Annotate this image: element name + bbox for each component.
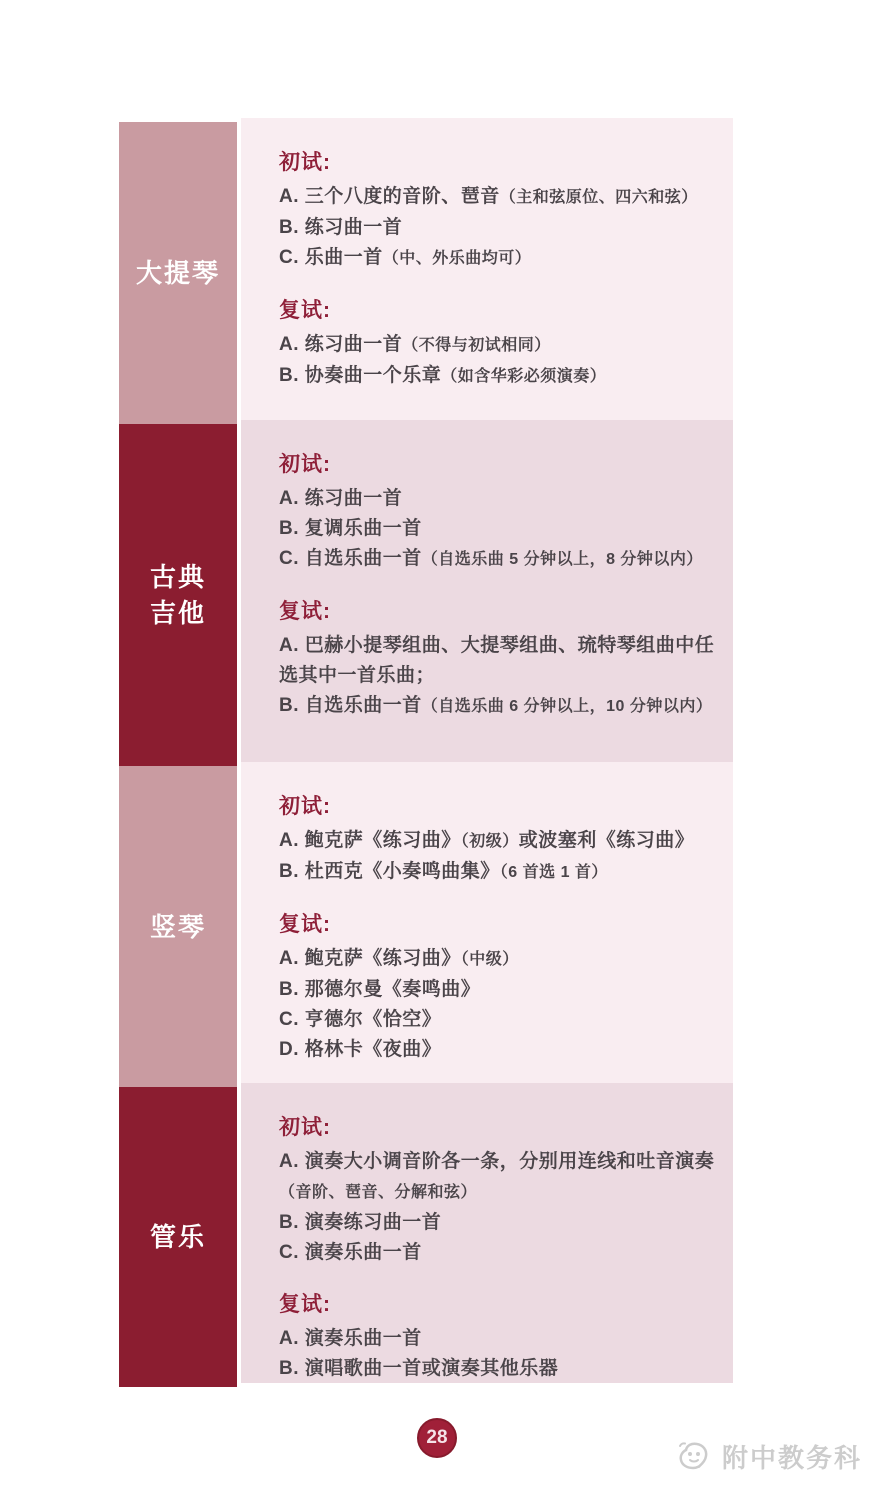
instrument-label-cello: 大提琴 <box>119 122 237 424</box>
page-number-badge: 28 <box>417 1418 457 1458</box>
exam-item: A. 练习曲一首（不得与初试相同） <box>279 330 717 361</box>
round-heading: 复试: <box>279 599 717 625</box>
second-round-block: 复试: A. 鲍克萨《练习曲》（中级） B. 那德尔曼《奏鸣曲》 C. 亨德尔《… <box>279 912 717 1065</box>
exam-item: B. 练习曲一首 <box>279 213 717 243</box>
first-round-block: 初试: A. 练习曲一首 B. 复调乐曲一首 C. 自选乐曲一首（自选乐曲 5 … <box>279 452 717 575</box>
round-heading: 复试: <box>279 912 717 938</box>
round-heading: 初试: <box>279 452 717 478</box>
exam-item: B. 协奏曲一个乐章（如含华彩必须演奏） <box>279 361 717 392</box>
audition-table: 大提琴 初试: A. 三个八度的音阶、琶音（主和弦原位、四六和弦） B. 练习曲… <box>119 118 733 1383</box>
second-round-block: 复试: A. 演奏乐曲一首 B. 演唱歌曲一首或演奏其他乐器 <box>279 1292 717 1384</box>
exam-item: A. 练习曲一首 <box>279 484 717 514</box>
exam-item: B. 复调乐曲一首 <box>279 514 717 544</box>
watermark: 附中教务科 <box>678 1438 862 1475</box>
round-heading: 初试: <box>279 1115 717 1141</box>
section-cello: 大提琴 初试: A. 三个八度的音阶、琶音（主和弦原位、四六和弦） B. 练习曲… <box>119 118 733 420</box>
section-classical-guitar-content: 初试: A. 练习曲一首 B. 复调乐曲一首 C. 自选乐曲一首（自选乐曲 5 … <box>241 420 733 762</box>
exam-item: B. 演唱歌曲一首或演奏其他乐器 <box>279 1354 717 1384</box>
exam-item: B. 自选乐曲一首（自选乐曲 6 分钟以上，10 分钟以内） <box>279 691 717 722</box>
round-heading: 初试: <box>279 794 717 820</box>
round-heading: 复试: <box>279 1292 717 1318</box>
exam-item: A. 演奏乐曲一首 <box>279 1324 717 1354</box>
exam-item: C. 乐曲一首（中、外乐曲均可） <box>279 243 717 274</box>
first-round-block: 初试: A. 演奏大小调音阶各一条，分别用连线和吐音演奏（音阶、琶音、分解和弦）… <box>279 1115 717 1268</box>
instrument-label-classical-guitar: 古典 吉他 <box>119 424 237 766</box>
section-winds: 管乐 初试: A. 演奏大小调音阶各一条，分别用连线和吐音演奏（音阶、琶音、分解… <box>119 1083 733 1383</box>
first-round-block: 初试: A. 鲍克萨《练习曲》（初级）或波塞利《练习曲》 B. 杜西克《小奏鸣曲… <box>279 794 717 888</box>
round-heading: 初试: <box>279 150 717 176</box>
second-round-block: 复试: A. 练习曲一首（不得与初试相同） B. 协奏曲一个乐章（如含华彩必须演… <box>279 298 717 392</box>
exam-item: A. 鲍克萨《练习曲》（中级） <box>279 944 717 975</box>
exam-item: A. 巴赫小提琴组曲、大提琴组曲、琉特琴组曲中任选其中一首乐曲； <box>279 631 717 691</box>
page-number: 28 <box>426 1427 447 1449</box>
exam-item: D. 格林卡《夜曲》 <box>279 1035 717 1065</box>
section-harp: 竖琴 初试: A. 鲍克萨《练习曲》（初级）或波塞利《练习曲》 B. 杜西克《小… <box>119 762 733 1083</box>
first-round-block: 初试: A. 三个八度的音阶、琶音（主和弦原位、四六和弦） B. 练习曲一首 C… <box>279 150 717 274</box>
exam-item: A. 鲍克萨《练习曲》（初级）或波塞利《练习曲》 <box>279 826 717 857</box>
instrument-label-harp: 竖琴 <box>119 766 237 1087</box>
exam-item: B. 那德尔曼《奏鸣曲》 <box>279 975 717 1005</box>
exam-item: B. 杜西克《小奏鸣曲集》（6 首选 1 首） <box>279 857 717 888</box>
instrument-label-winds: 管乐 <box>119 1087 237 1387</box>
page: 大提琴 初试: A. 三个八度的音阶、琶音（主和弦原位、四六和弦） B. 练习曲… <box>0 0 876 1500</box>
exam-item: C. 演奏乐曲一首 <box>279 1238 717 1268</box>
section-harp-content: 初试: A. 鲍克萨《练习曲》（初级）或波塞利《练习曲》 B. 杜西克《小奏鸣曲… <box>241 762 733 1083</box>
section-winds-content: 初试: A. 演奏大小调音阶各一条，分别用连线和吐音演奏（音阶、琶音、分解和弦）… <box>241 1083 733 1383</box>
exam-item: A. 演奏大小调音阶各一条，分别用连线和吐音演奏（音阶、琶音、分解和弦） <box>279 1147 717 1208</box>
exam-item: B. 演奏练习曲一首 <box>279 1208 717 1238</box>
exam-item: A. 三个八度的音阶、琶音（主和弦原位、四六和弦） <box>279 182 717 213</box>
watermark-text: 附中教务科 <box>722 1438 862 1475</box>
section-cello-content: 初试: A. 三个八度的音阶、琶音（主和弦原位、四六和弦） B. 练习曲一首 C… <box>241 118 733 420</box>
round-heading: 复试: <box>279 298 717 324</box>
section-classical-guitar: 古典 吉他 初试: A. 练习曲一首 B. 复调乐曲一首 C. 自选乐曲一首（自… <box>119 420 733 762</box>
wechat-face-icon <box>678 1440 716 1474</box>
exam-item: C. 自选乐曲一首（自选乐曲 5 分钟以上，8 分钟以内） <box>279 544 717 575</box>
second-round-block: 复试: A. 巴赫小提琴组曲、大提琴组曲、琉特琴组曲中任选其中一首乐曲； B. … <box>279 599 717 722</box>
exam-item: C. 亨德尔《恰空》 <box>279 1005 717 1035</box>
